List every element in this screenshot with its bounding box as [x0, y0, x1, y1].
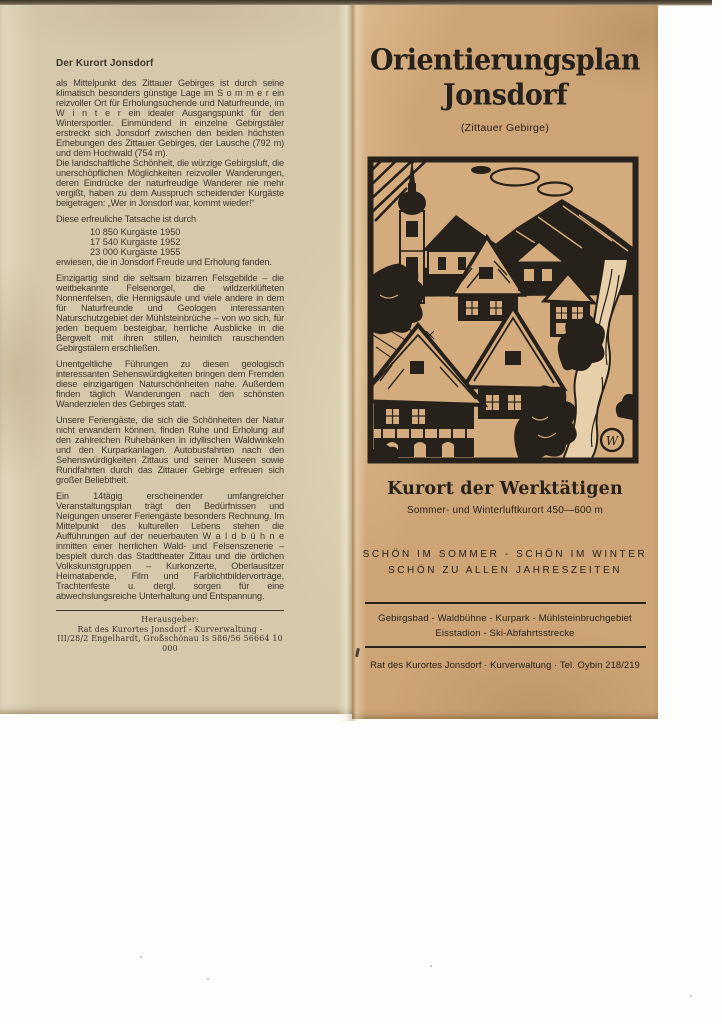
paragraph-guests: Unsere Feriengäste, die sich die Schönhe…: [56, 415, 284, 485]
artist-monogram-text: W: [606, 434, 620, 448]
stat-item: 10 850 Kurgäste 1950: [90, 227, 284, 237]
publisher-line: Rat des Kurortes Jonsdorf - Kurverwaltun…: [56, 625, 284, 635]
dust-speck: [207, 978, 209, 980]
left-heading: Der Kurort Jonsdorf: [56, 58, 284, 69]
visitor-stats-list: 10 850 Kurgäste 1950 17 540 Kurgäste 195…: [90, 227, 284, 257]
paragraph-culture: Ein 14tägig erscheinender umfangreicher …: [56, 491, 284, 601]
altitude-line: Sommer- und Winterluftkurort 450—600 m: [352, 505, 658, 516]
slogan-line1: SCHÖN IM SOMMER - SCHÖN IM WINTER: [352, 549, 658, 560]
kurort-tagline: Kurort der Werktätigen: [352, 479, 658, 499]
paragraph-intro: als Mittelpunkt des Zittauer Gebirges is…: [56, 78, 284, 158]
amenities-divider-bottom: [365, 646, 646, 648]
dust-speck: [430, 965, 432, 967]
paragraph-landscape: Die landschaftliche Schönheit, die würzi…: [56, 158, 284, 208]
cover-title-line2: Jonsdorf: [352, 78, 658, 113]
amenities-divider-top: [365, 602, 646, 604]
scanned-brochure: Der Kurort Jonsdorf als Mittelpunkt des …: [0, 0, 722, 1024]
cover-subtitle: (Zittauer Gebirge): [352, 122, 658, 134]
contact-line: Rat des Kurortes Jonsdorf · Kurverwaltun…: [352, 659, 658, 670]
amenities-line2: Eisstadion - Ski-Abfahrtsstrecke: [352, 628, 658, 639]
slogan-line2: SCHÖN ZU ALLEN JAHRESZEITEN: [352, 565, 658, 576]
stat-item: 23 000 Kurgäste 1955: [90, 247, 284, 257]
cover-title-line1: Orientierungsplan: [352, 43, 658, 78]
dust-speck: [140, 956, 142, 958]
cover-title: Orientierungsplan Jonsdorf: [352, 43, 658, 113]
publisher-block: Herausgeber: Rat des Kurortes Jonsdorf -…: [56, 615, 284, 653]
stat-item: 17 540 Kurgäste 1952: [90, 237, 284, 247]
publisher-line: III/28/2 Engelhardt, Großschönau Is 586/…: [56, 634, 284, 653]
amenities-line1: Gebirgsbad - Waldbühne - Kurpark - Mühls…: [352, 613, 658, 624]
stats-intro: Diese erfreuliche Tatsache ist durch: [56, 214, 284, 224]
paragraph-rocks: Einzigartig sind die seltsam bizarren Fe…: [56, 273, 284, 353]
publisher-label: Herausgeber:: [56, 615, 284, 625]
left-text-column: Der Kurort Jonsdorf als Mittelpunkt des …: [56, 58, 284, 653]
stats-outro: erwiesen, die in Jonsdorf Freude und Erh…: [56, 257, 284, 267]
publisher-divider: [56, 610, 284, 611]
woodcut-village-illustration: W: [366, 155, 640, 465]
paragraph-tours: Unentgeltliche Führungen zu diesen geolo…: [56, 359, 284, 409]
dust-speck: [690, 995, 692, 997]
